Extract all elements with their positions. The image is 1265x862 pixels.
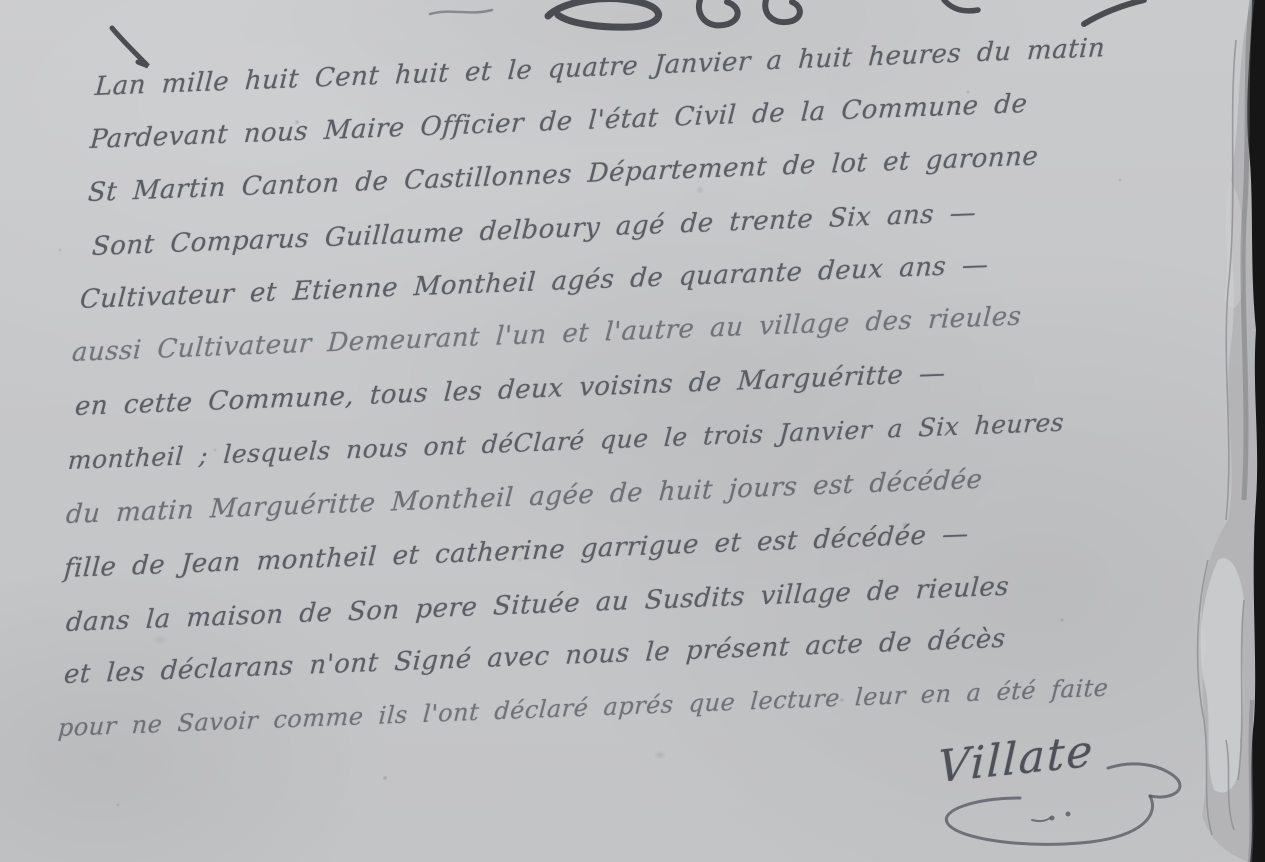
scanned-register-page: Lan mille huit Cent huit et le quatre Ja… <box>0 0 1265 862</box>
mayor-signature: Villate <box>937 725 1095 793</box>
manuscript-line: montheil ; lesquels nous ont déClaré que… <box>67 408 1065 475</box>
manuscript-line: Sont Comparus Guillaume delboury agé de … <box>91 198 977 262</box>
manuscript-line: Cultivateur et Etienne Montheil agés de … <box>79 250 990 315</box>
manuscript-line: St Martin Canton de Castillonnes Départe… <box>87 141 1039 208</box>
manuscript-line: Pardevant nous Maire Officier de l'état … <box>89 89 1028 155</box>
manuscript-line: en cette Commune, tous les deux voisins … <box>74 359 947 423</box>
manuscript-line: et les déclarans n'ont Signé avec nous l… <box>63 624 1007 690</box>
manuscript-line: du matin Marguéritte Montheil agée de hu… <box>65 465 983 530</box>
manuscript-line: fille de Jean montheil et catherine garr… <box>63 519 970 584</box>
manuscript-line: aussi Cultivateur Demeurant l'un et l'au… <box>71 301 1022 368</box>
